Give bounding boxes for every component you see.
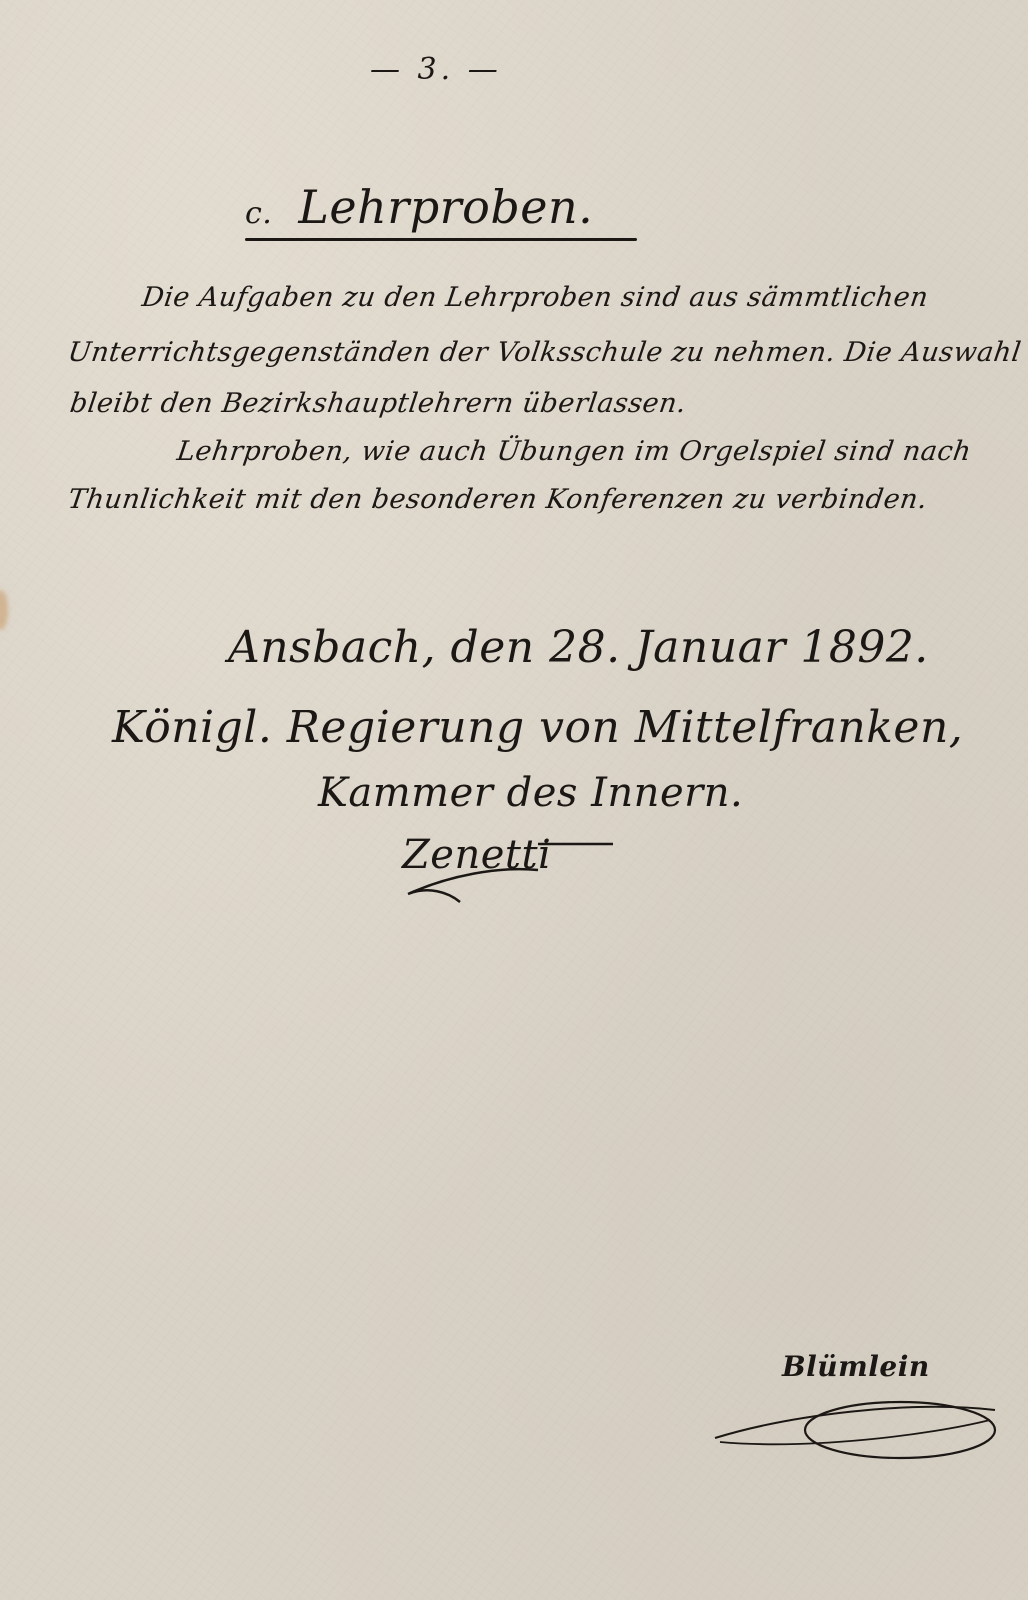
heading-underline	[245, 238, 637, 241]
place-and-date: Ansbach, den 28. Januar 1892.	[228, 622, 929, 673]
paper-stain	[0, 590, 8, 630]
paragraph-2-line-1: Lehrproben, wie auch Übungen im Orgelspi…	[175, 436, 973, 467]
paragraph-1-line-2: Unterrichtsgegenständen der Volksschule …	[66, 337, 1023, 368]
paragraph-1-line-1: Die Aufgaben zu den Lehrproben sind aus …	[140, 282, 930, 313]
section-title: Lehrproben.	[298, 180, 593, 234]
signature-flourish	[388, 836, 618, 906]
section-letter: c.	[245, 196, 272, 231]
issuing-authority: Königl. Regierung von Mittelfranken,	[112, 702, 963, 753]
paragraph-1-line-3: bleibt den Bezirkshauptlehrern überlasse…	[68, 388, 688, 419]
paragraph-2-line-2: Thunlichkeit mit den besonderen Konferen…	[66, 484, 929, 515]
section-heading: c.Lehrproben.	[245, 180, 593, 234]
page-number: — 3. —	[370, 52, 502, 87]
authority-chamber: Kammer des Innern.	[318, 770, 743, 816]
countersignature-flourish	[710, 1360, 1010, 1470]
